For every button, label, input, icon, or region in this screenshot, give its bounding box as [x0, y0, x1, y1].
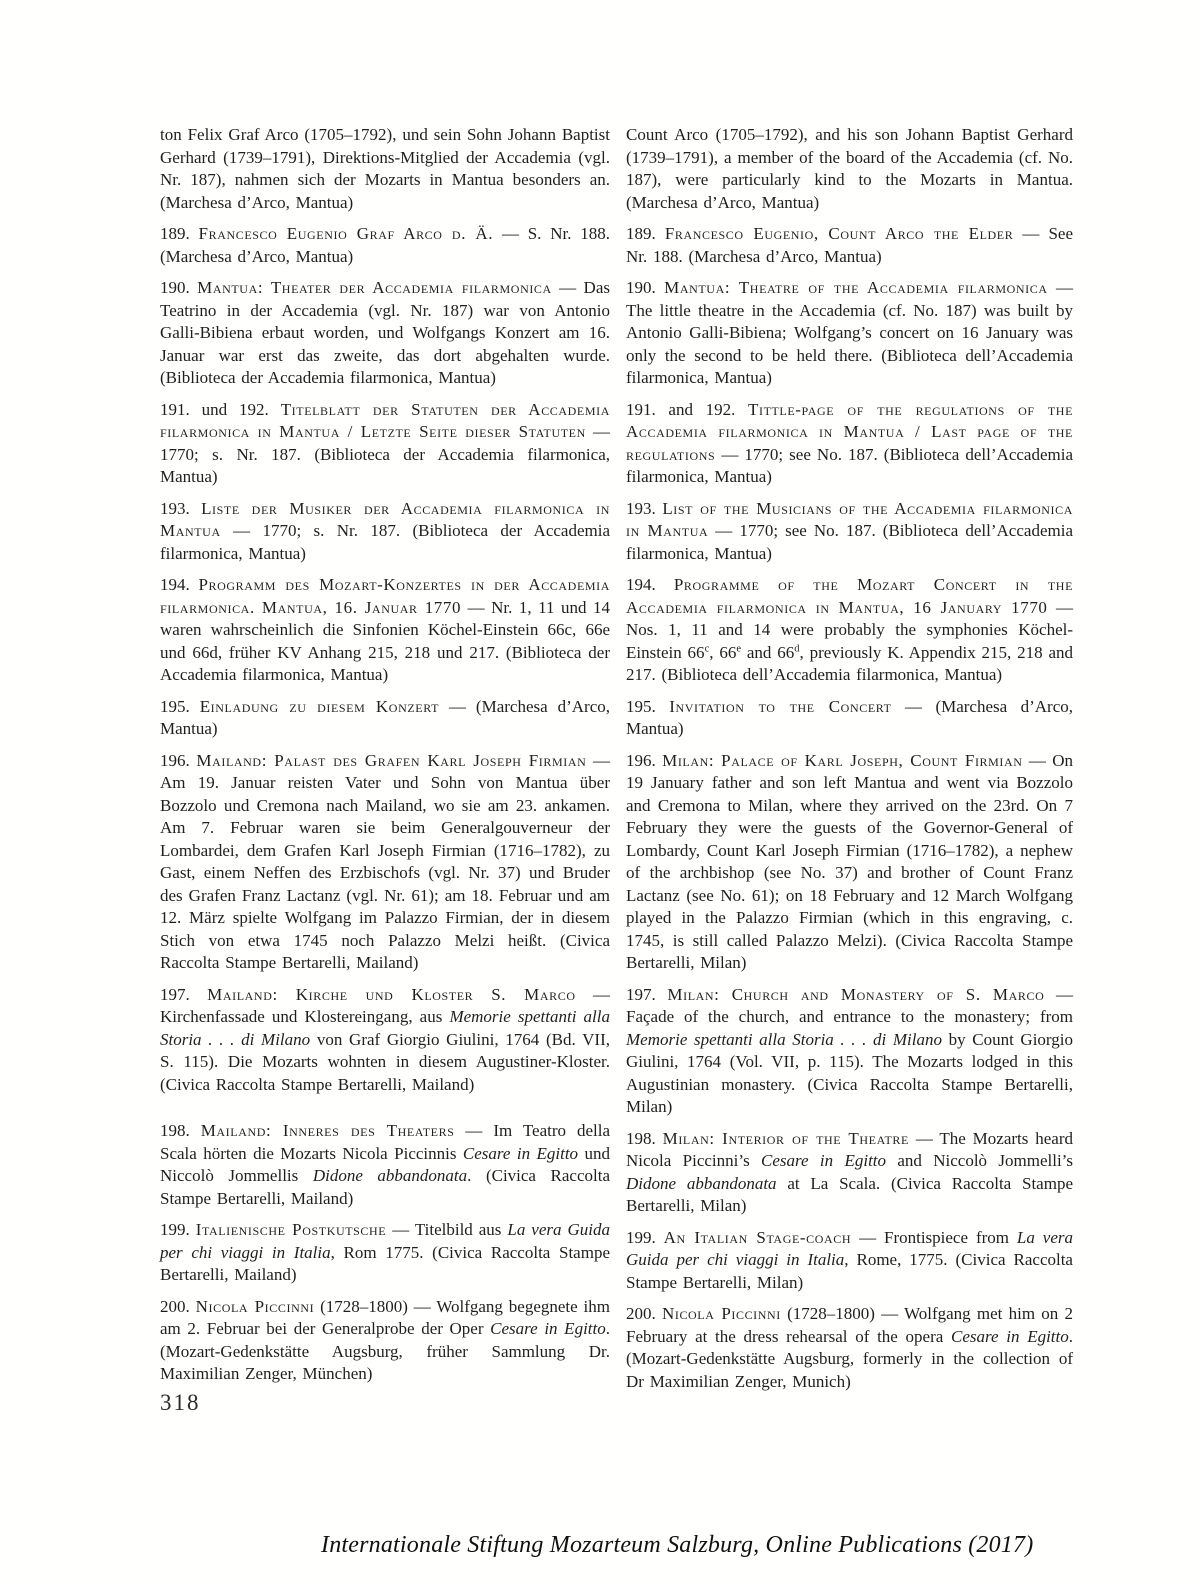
- catalog-entry-paragraph: ton Felix Graf Arco (1705–1792), und sei…: [160, 124, 610, 214]
- catalog-entry-paragraph: 189. Francesco Eugenio Graf Arco d. Ä. —…: [160, 223, 610, 268]
- text-run-plain: 190.: [626, 278, 664, 297]
- catalog-entry-paragraph: 198. Milan: Interior of the Theatre — Th…: [626, 1128, 1073, 1218]
- text-run-plain: Count Arco (1705–1792), and his son Joha…: [626, 125, 1073, 212]
- text-run-plain: — On 19 January father and son left Mant…: [626, 751, 1073, 973]
- text-run-plain: , 66: [709, 643, 736, 662]
- text-run-sc: Italienische Postkutsche: [196, 1220, 387, 1239]
- text-run-plain: — Frontispiece from: [851, 1228, 1017, 1247]
- text-run-sc: Nicola Piccinni: [662, 1304, 781, 1323]
- catalog-entry-paragraph: 190. Mantua: Theater der Accademia filar…: [160, 277, 610, 390]
- text-run-i: Cesare in Egitto: [951, 1327, 1069, 1346]
- text-run-plain: 198.: [160, 1121, 201, 1140]
- text-run-sc: Mantua: Theatre of the Accademia filarmo…: [664, 278, 1048, 297]
- text-run-plain: 200.: [160, 1297, 196, 1316]
- text-run-plain: 193.: [160, 499, 201, 518]
- text-run-sc: Programme of the Mozart Concert in the A…: [626, 575, 1073, 617]
- text-run-sc: Mailand: Kirche und Kloster S. Marco: [207, 985, 575, 1004]
- text-run-sc: Invitation to the Concert: [669, 697, 891, 716]
- text-run-i: Didone abbandonata: [626, 1174, 777, 1193]
- text-run-sc: Mantua: Theater der Accademia filarmonic…: [197, 278, 552, 297]
- text-run-plain: 189.: [160, 224, 199, 243]
- catalog-entry-paragraph: 197. Mailand: Kirche und Kloster S. Marc…: [160, 984, 610, 1097]
- text-run-plain: 190.: [160, 278, 197, 297]
- text-run-plain: 199.: [626, 1228, 664, 1247]
- catalog-entry-paragraph: 190. Mantua: Theatre of the Accademia fi…: [626, 277, 1073, 390]
- book-page: ton Felix Graf Arco (1705–1792), und sei…: [0, 0, 1200, 1581]
- text-run-plain: 200.: [626, 1304, 662, 1323]
- catalog-entry-paragraph: 200. Nicola Piccinni (1728–1800) — Wolfg…: [626, 1303, 1073, 1393]
- text-run-plain: and 66: [741, 643, 794, 662]
- text-run-plain: ton Felix Graf Arco (1705–1792), und sei…: [160, 125, 610, 212]
- catalog-entry-paragraph: 191. und 192. Titelblatt der Statuten de…: [160, 399, 610, 489]
- english-column: Count Arco (1705–1792), and his son Joha…: [626, 124, 1073, 1402]
- text-run-sc: An Italian Stage-coach: [664, 1228, 851, 1247]
- page-number: 318: [160, 1390, 201, 1416]
- text-run-plain: 195.: [160, 697, 200, 716]
- text-run-sc: Francesco Eugenio Graf Arco d. Ä.: [199, 224, 494, 243]
- text-run-plain: 191. und 192.: [160, 400, 281, 419]
- text-run-i: Didone abbandonata: [313, 1166, 467, 1185]
- text-run-i: Cesare in Egitto: [761, 1151, 886, 1170]
- text-run-sc: Mailand: Inneres des Theaters: [201, 1121, 455, 1140]
- catalog-entry-paragraph: 199. Italienische Postkutsche — Titelbil…: [160, 1219, 610, 1287]
- text-run-sc: Milan: Church and Monastery of S. Marco: [667, 985, 1044, 1004]
- text-run-plain: 196.: [160, 751, 196, 770]
- catalog-entry-paragraph: 199. An Italian Stage-coach — Frontispie…: [626, 1227, 1073, 1295]
- text-run-sc: Milan: Interior of the Theatre: [663, 1129, 909, 1148]
- text-run-sc: Nicola Piccinni: [196, 1297, 315, 1316]
- text-run-plain: 193.: [626, 499, 662, 518]
- german-column: ton Felix Graf Arco (1705–1792), und sei…: [160, 124, 610, 1402]
- text-run-plain: 196.: [626, 751, 662, 770]
- text-run-sc: Francesco Eugenio, Count Arco the Elder: [665, 224, 1014, 243]
- catalog-entry-paragraph: 196. Milan: Palace of Karl Joseph, Count…: [626, 750, 1073, 975]
- catalog-entry-paragraph: 196. Mailand: Palast des Grafen Karl Jos…: [160, 750, 610, 975]
- text-run-plain: — Am 19. Januar reisten Vater und Sohn v…: [160, 751, 610, 973]
- text-run-plain: and Niccolò Jommelli’s: [886, 1151, 1073, 1170]
- text-run-plain: 197.: [160, 985, 207, 1004]
- text-run-plain: 194.: [160, 575, 198, 594]
- catalog-entry-paragraph: 194. Programme of the Mozart Concert in …: [626, 574, 1073, 687]
- text-run-i: Memorie spettanti alla Storia . . . di M…: [626, 1030, 942, 1049]
- catalog-entry-paragraph: 189. Francesco Eugenio, Count Arco the E…: [626, 223, 1073, 268]
- text-run-plain: 197.: [626, 985, 667, 1004]
- catalog-entry-paragraph: Count Arco (1705–1792), and his son Joha…: [626, 124, 1073, 214]
- catalog-entry-paragraph: 197. Milan: Church and Monastery of S. M…: [626, 984, 1073, 1119]
- text-run-plain: 195.: [626, 697, 669, 716]
- catalog-entry-paragraph: 191. and 192. Tittle-page of the regulat…: [626, 399, 1073, 489]
- text-run-plain: — Titelbild aus: [386, 1220, 507, 1239]
- footer-publication-note: Internationale Stiftung Mozarteum Salzbu…: [321, 1532, 1033, 1559]
- text-run-i: Cesare in Egitto: [463, 1144, 578, 1163]
- text-run-sc: Mailand: Palast des Grafen Karl Joseph F…: [196, 751, 586, 770]
- catalog-entry-paragraph: 193. Liste der Musiker der Accademia fil…: [160, 498, 610, 566]
- two-column-text-block: ton Felix Graf Arco (1705–1792), und sei…: [160, 124, 1073, 1402]
- catalog-entry-paragraph: 194. Programm des Mozart-Konzertes in de…: [160, 574, 610, 687]
- text-run-plain: 189.: [626, 224, 665, 243]
- text-run-plain: 194.: [626, 575, 674, 594]
- catalog-entry-paragraph: 195. Einladung zu diesem Konzert — (Marc…: [160, 696, 610, 741]
- text-run-plain: 198.: [626, 1129, 663, 1148]
- text-run-i: Cesare in Egitto: [490, 1319, 606, 1338]
- catalog-entry-paragraph: 200. Nicola Piccinni (1728–1800) — Wolfg…: [160, 1296, 610, 1386]
- text-run-sc: Einladung zu diesem Konzert: [200, 697, 439, 716]
- catalog-entry-paragraph: 193. List of the Musicians of the Accade…: [626, 498, 1073, 566]
- text-run-sc: Milan: Palace of Karl Joseph, Count Firm…: [662, 751, 1022, 770]
- catalog-entry-paragraph: 198. Mailand: Inneres des Theaters — Im …: [160, 1120, 610, 1210]
- text-run-plain: — 1770; s. Nr. 187. (Biblioteca der Acca…: [160, 521, 610, 563]
- text-run-plain: 191. and 192.: [626, 400, 748, 419]
- text-run-plain: 199.: [160, 1220, 196, 1239]
- catalog-entry-paragraph: 195. Invitation to the Concert — (Marche…: [626, 696, 1073, 741]
